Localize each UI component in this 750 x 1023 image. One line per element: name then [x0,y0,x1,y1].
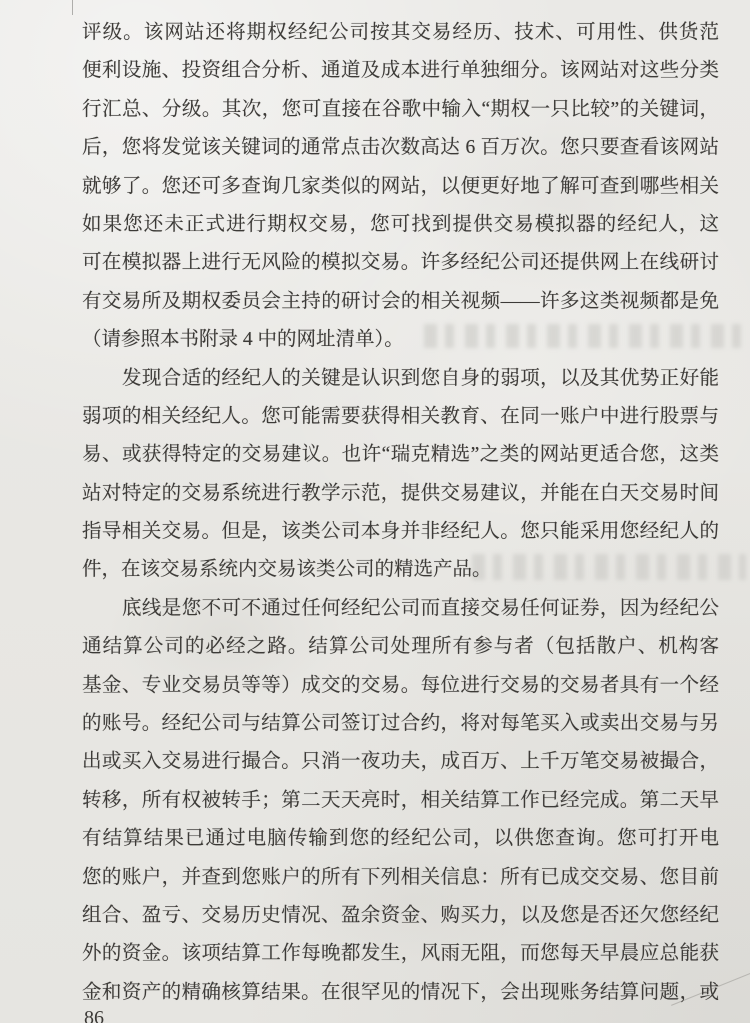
text-line: 弱项的相关经纪人。您可能需要获得相关教育、在同一账户中进行股票与期货交 [82,398,719,436]
text-line: 易、或获得特定的交易建议。也许“瑞克精选”之类的网站更适合您，这类网 [82,436,719,474]
text-line: 就够了。您还可多查询几家类似的网站，以便更好地了解可查到哪些相关信息。 [82,168,719,206]
text-line: 如果您还未正式进行期权交易，您可找到提供交易模拟器的经纪人，这样，您就 [82,206,719,244]
text-line: 发现合适的经纪人的关键是认识到您自身的弱项，以及其优势正好能弥补您 [82,360,719,398]
text-line: 的账号。经纪公司与结算公司签订过合约，将对每笔买入或卖出交易与另一笔卖 [82,705,719,743]
text-line: 金和资产的精确核算结果。在很罕见的情况下，会出现账务结算问题，或者您对 [82,974,719,1012]
text-line: 有交易所及期权委员会主持的研讨会的相关视频——许多这类视频都是免费的 [82,283,719,321]
page-number: 86 [84,1006,104,1023]
text-line: 站对特定的交易系统进行教学示范，提供交易建议，并能在白天交易时间内在线 [82,475,719,513]
text-line: 基金、专业交易员等等）成交的交易。每位进行交易的交易者具有一个经纪公司 [82,667,719,705]
text-line: 行汇总、分级。其次，您可直接在谷歌中输入“期权一只比较”的关键词，之 [82,91,719,129]
text-line: 通结算公司的必经之路。结算公司处理所有参与者（包括散户、机构客户、对冲 [82,628,719,666]
text-line: 您的账户，并查到您账户的所有下列相关信息：所有已成交交易、您目前的资产 [82,859,719,897]
scan-artifact-line [72,0,73,15]
text-line: 便利设施、投资组合分析、通道及成本进行单独细分。该网站对这些分类范畴进 [82,52,719,90]
text-line: 底线是您不可不通过任何经纪公司而直接交易任何证券，因为经纪公司是连 [82,590,719,628]
text-line: 外的资金。该项结算工作每晚都发生，风雨无阻，而您每天早晨应总能获得您资 [82,935,719,973]
text-line: 出或买入交易进行撮合。只消一夜功夫，成百万、上千万笔交易被撮合，资金被 [82,743,719,781]
text-line: 评级。该网站还将期权经纪公司按其交易经历、技术、可用性、供货范围、研究 [82,14,719,52]
text-line: 转移，所有权被转手；第二天天亮时，相关结算工作已经完成。第二天早晨，所 [82,782,719,820]
text-line: 有结算结果已通过电脑传输到您的经纪公司，以供您查询。您可打开电脑，找到 [82,820,719,858]
book-page: 评级。该网站还将期权经纪公司按其交易经历、技术、可用性、供货范围、研究便利设施、… [0,0,750,1023]
text-line: （请参照本书附录 4 中的网址清单）。 [82,321,719,359]
body-text: 评级。该网站还将期权经纪公司按其交易经历、技术、可用性、供货范围、研究便利设施、… [82,14,719,1012]
text-line: 组合、盈亏、交易历史情况、盈余资金、购买力，以及您是否还欠您经纪公司额 [82,897,719,935]
text-line: 件，在该交易系统内交易该类公司的精选产品。 [82,551,719,589]
text-line: 指导相关交易。但是，该类公司本身并非经纪人。您只能采用您经纪人的交易软 [82,513,719,551]
text-line: 后，您将发觉该关键词的通常点击次数高达 6 百万次。您只要查看该网站的首页 [82,129,719,167]
text-line: 可在模拟器上进行无风险的模拟交易。许多经纪公司还提供网上在线研讨会以及 [82,244,719,282]
